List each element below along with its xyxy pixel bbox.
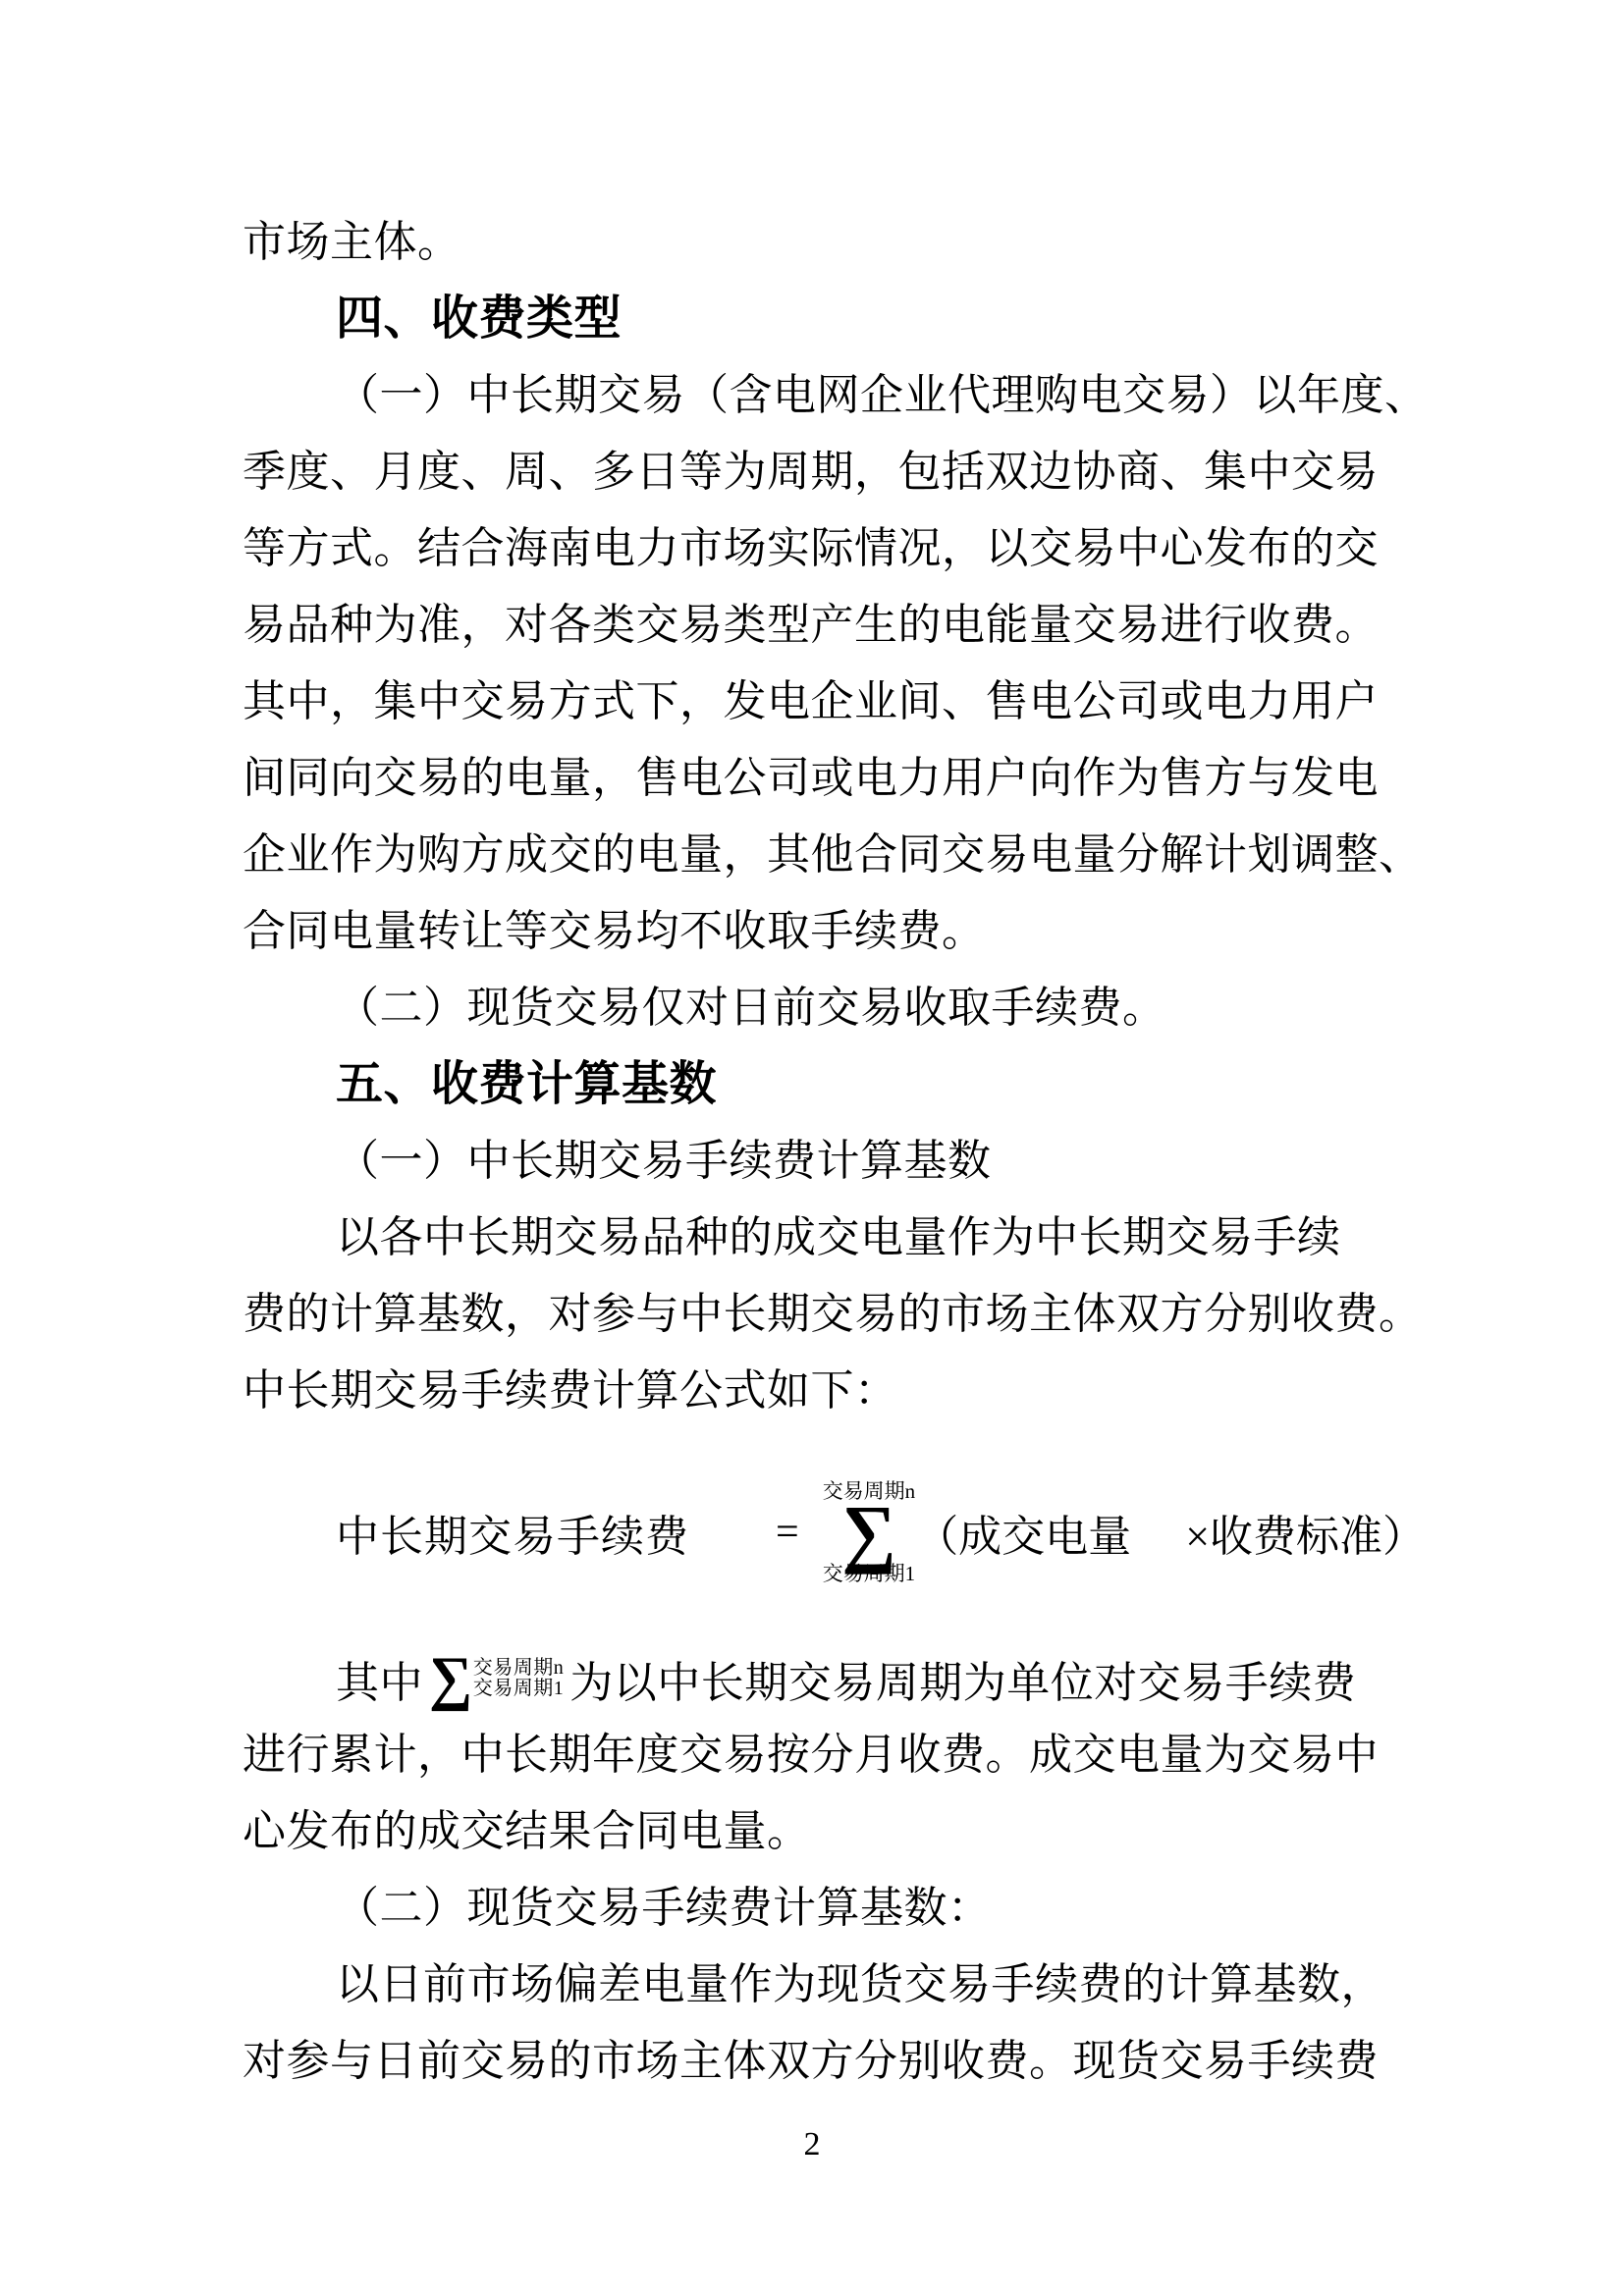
sigma-symbol: ∑ <box>841 1502 896 1563</box>
text-line: 等方式。结合海南电力市场实际情况，以交易中心发布的交 <box>243 510 1372 587</box>
text-line: 中长期交易手续费计算公式如下： <box>243 1353 1372 1429</box>
formula-rhs-open: （成交电量 <box>915 1501 1131 1564</box>
text-line: （一）中长期交易（含电网企业代理购电交易）以年度、 <box>243 357 1372 434</box>
text-line: 以日前市场偏差电量作为现货交易手续费的计算基数， <box>243 1947 1372 2023</box>
text-line: 企业作为购方成交的电量，其他合同交易电量分解计划调整、 <box>243 817 1372 893</box>
document-body: 市场主体。四、收费类型（一）中长期交易（含电网企业代理购电交易）以年度、季度、月… <box>243 204 1372 2100</box>
summation-upper-limit: 交易周期n <box>473 1658 565 1679</box>
paragraphs-before-formula: 市场主体。四、收费类型（一）中长期交易（含电网企业代理购电交易）以年度、季度、月… <box>243 204 1372 1429</box>
text-line: 季度、月度、周、多日等为周期，包括双边协商、集中交易 <box>243 434 1372 510</box>
formula-rhs-times: ×收费标准） <box>1185 1501 1426 1564</box>
formula-lhs: 中长期交易手续费 <box>336 1501 689 1564</box>
formula-equals-sign: = <box>776 1509 799 1556</box>
summation-lower-limit: 交易周期1 <box>473 1679 565 1699</box>
text-line: 市场主体。 <box>243 204 1372 281</box>
sum-explanation-line: 其中 ∑ 交易周期n 交易周期1 为以中长期交易周期为单位对交易手续费 <box>243 1640 1372 1717</box>
text-line: 进行累计，中长期年度交易按分月收费。成交电量为交易中 <box>243 1717 1372 1793</box>
text-line: 以各中长期交易品种的成交电量作为中长期交易手续 <box>243 1200 1372 1276</box>
text-line: 费的计算基数，对参与中长期交易的市场主体双方分别收费。 <box>243 1276 1372 1353</box>
long-term-fee-formula: 中长期交易手续费 = 交易周期n ∑ 交易周期1 （成交电量 ×收费标准） <box>243 1459 1372 1606</box>
text-line: （二）现货交易手续费计算基数： <box>243 1870 1372 1947</box>
text-line: 对参与日前交易的市场主体双方分别收费。现货交易手续费 <box>243 2023 1372 2100</box>
text-line: （一）中长期交易手续费计算基数 <box>243 1123 1372 1200</box>
text-line: 间同向交易的电量，售电公司或电力用户向作为售方与发电 <box>243 740 1372 817</box>
document-page: 市场主体。四、收费类型（一）中长期交易（含电网企业代理购电交易）以年度、季度、月… <box>0 0 1624 2296</box>
page-number: 2 <box>0 2125 1624 2164</box>
text-line: 合同电量转让等交易均不收取手续费。 <box>243 893 1372 970</box>
formula-summation: 交易周期n ∑ 交易周期1 <box>823 1480 916 1584</box>
text-line: 其中，集中交易方式下，发电企业间、售电公司或电力用户 <box>243 664 1372 740</box>
inline-summation-limits: 交易周期n 交易周期1 <box>473 1658 565 1699</box>
text-line: （二）现货交易仅对日前交易收取手续费。 <box>243 970 1372 1046</box>
text-line: 易品种为准，对各类交易类型产生的电能量交易进行收费。 <box>243 587 1372 664</box>
inline-summation: ∑ 交易周期n 交易周期1 <box>429 1654 564 1703</box>
summation-lower-limit: 交易周期1 <box>823 1563 916 1584</box>
text-line: 心发布的成交结果合同电量。 <box>243 1793 1372 1870</box>
paragraphs-after-formula: （二）现货交易手续费计算基数：以日前市场偏差电量作为现货交易手续费的计算基数，对… <box>243 1870 1372 2100</box>
sigma-symbol: ∑ <box>429 1654 473 1703</box>
section-heading: 五、收费计算基数 <box>243 1046 1372 1123</box>
sum-paragraph-suffix: 为以中长期交易周期为单位对交易手续费 <box>569 1647 1356 1710</box>
sum-paragraph-prefix: 其中 <box>336 1647 423 1710</box>
section-heading: 四、收费类型 <box>243 281 1372 357</box>
